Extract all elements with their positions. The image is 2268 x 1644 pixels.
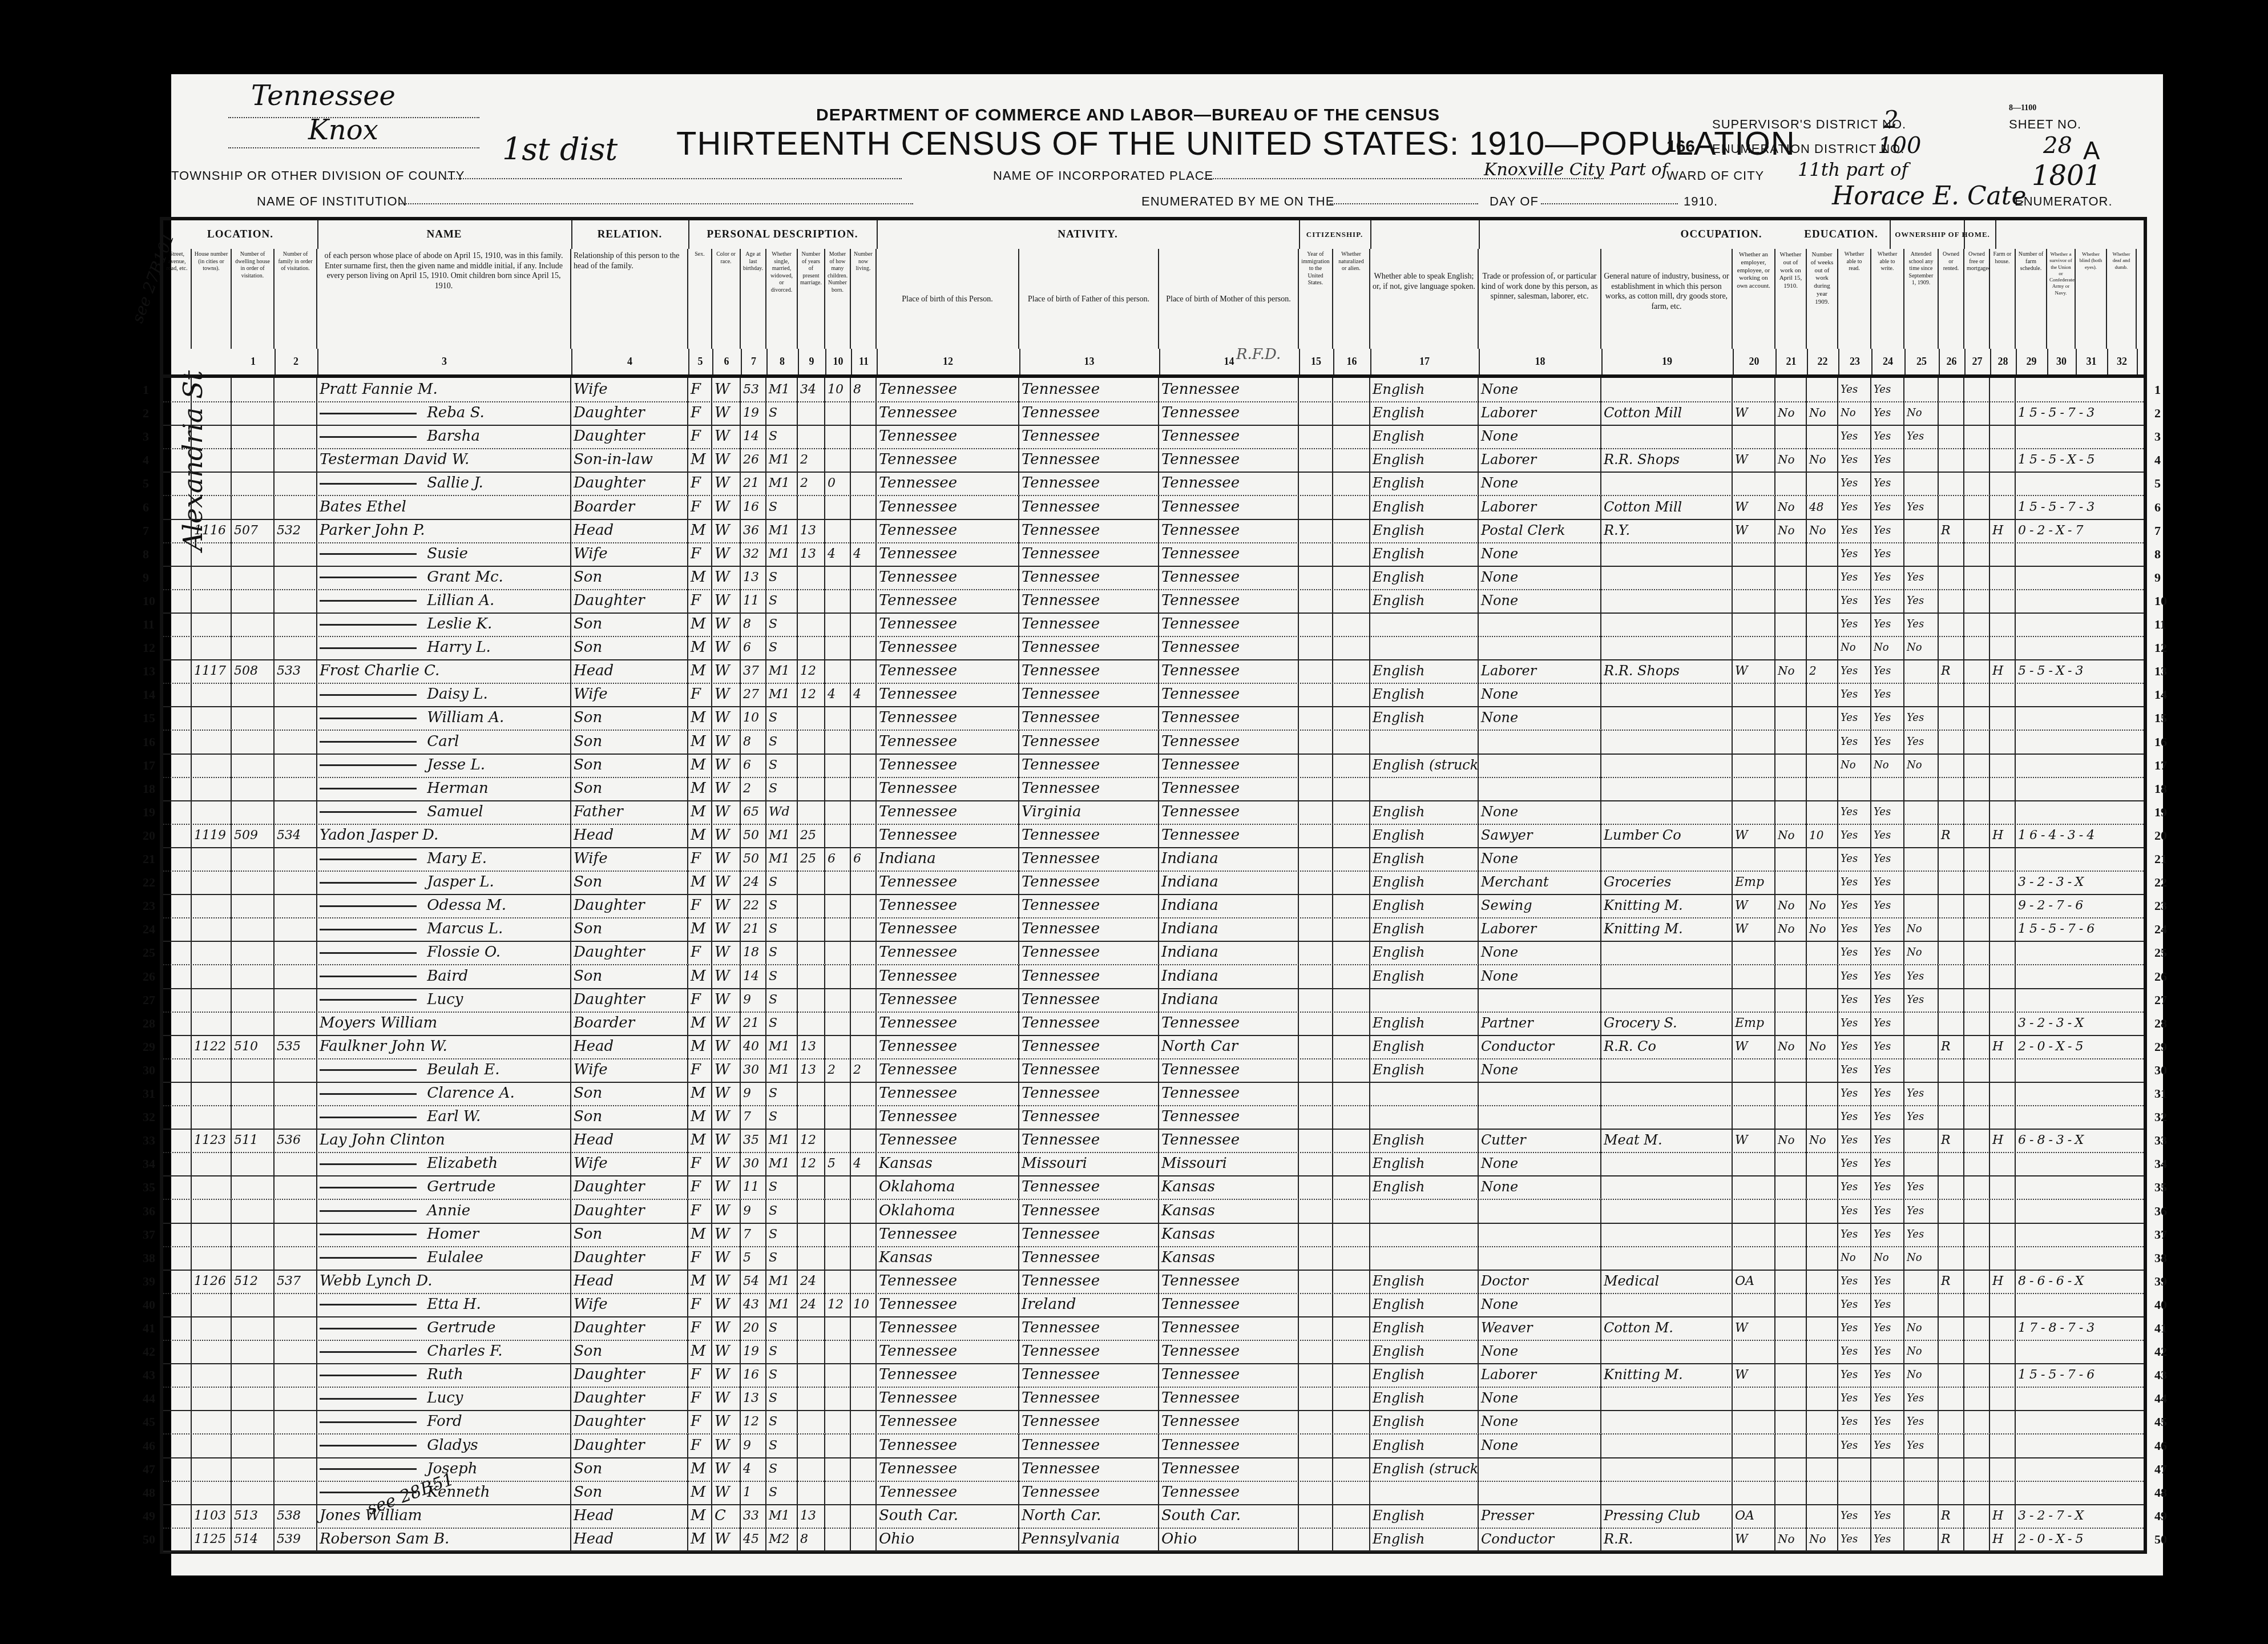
cell-name: Etta H. bbox=[317, 1293, 571, 1316]
cell-sex: F bbox=[688, 1293, 712, 1316]
cell-free-mortgaged bbox=[1964, 636, 1990, 659]
line-number-right: 46 bbox=[2154, 1438, 2167, 1453]
cell-years-married bbox=[798, 1082, 825, 1105]
cell-immigration bbox=[1299, 378, 1333, 401]
cell-children-born bbox=[825, 800, 851, 824]
colnum-8: 8 bbox=[766, 349, 799, 374]
cell-immigration bbox=[1299, 1316, 1333, 1340]
cell-birthplace: South Car. bbox=[877, 1504, 1019, 1528]
cell-farm-house bbox=[1990, 917, 2016, 941]
line-number-left: 22 bbox=[143, 875, 155, 890]
cell-age: 12 bbox=[741, 1410, 766, 1433]
cell-relation: Son bbox=[571, 1457, 688, 1481]
cell-years-married bbox=[798, 965, 825, 988]
given-name: Earl W. bbox=[427, 1108, 481, 1125]
cell-immigration bbox=[1299, 1363, 1333, 1387]
cell-age: 1 bbox=[741, 1481, 766, 1504]
line-number-left: 50 bbox=[143, 1532, 155, 1547]
given-name: John Clinton bbox=[352, 1131, 445, 1149]
col-children-living: Number now living. bbox=[851, 249, 877, 349]
cell-employer-status bbox=[1733, 613, 1775, 636]
colnum-15: 15 bbox=[1299, 349, 1334, 374]
cell-dwelling bbox=[232, 1410, 275, 1433]
cell-house-number: 1119 bbox=[192, 824, 232, 847]
cell-house-number bbox=[192, 636, 232, 659]
cell-free-mortgaged bbox=[1964, 1316, 1990, 1340]
cell-children-living bbox=[851, 1105, 877, 1129]
cell-immigration bbox=[1299, 753, 1333, 777]
cell-farm-house: H bbox=[1990, 1528, 2016, 1551]
cell-write: Yes bbox=[1871, 378, 1904, 401]
cell-out-of-work: No bbox=[1775, 894, 1807, 917]
cell-trade bbox=[1479, 730, 1601, 753]
cell-race: W bbox=[712, 636, 741, 659]
cell-trade: None bbox=[1479, 965, 1601, 988]
ward-value: 11th part of bbox=[1798, 159, 1908, 180]
cell-weeks-out bbox=[1807, 1199, 1838, 1223]
cell-free-mortgaged bbox=[1964, 1223, 1990, 1246]
cell-speaks-english: English bbox=[1370, 1270, 1479, 1293]
cell-years-married bbox=[798, 495, 825, 519]
cell-industry bbox=[1601, 988, 1733, 1012]
cell-name: Lucy bbox=[317, 1387, 571, 1410]
colnum-26: 26 bbox=[1939, 349, 1966, 374]
cell-age: 9 bbox=[741, 1434, 766, 1457]
cell-read: Yes bbox=[1838, 1082, 1871, 1105]
table-row: Gladys Daughter F W 9 S Tennessee Tennes… bbox=[163, 1434, 2144, 1458]
cell-children-born bbox=[825, 1457, 851, 1481]
cell-free-mortgaged bbox=[1964, 1270, 1990, 1293]
cell-street bbox=[163, 401, 192, 425]
cell-children-born bbox=[825, 1410, 851, 1433]
cell-read: No bbox=[1838, 1246, 1871, 1270]
line-number-left: 40 bbox=[143, 1298, 155, 1312]
cell-house-number bbox=[192, 941, 232, 964]
cell-mother-birthplace: Indiana bbox=[1159, 917, 1299, 941]
col14-annotation: R.F.D. bbox=[1236, 346, 1281, 363]
cell-relation: Son bbox=[571, 1340, 688, 1363]
col-free-mortgaged: Owned free or mortgaged. bbox=[1964, 249, 1990, 349]
cell-years-married bbox=[798, 1223, 825, 1246]
cell-school bbox=[1904, 519, 1939, 542]
cell-sex: M bbox=[688, 917, 712, 941]
cell-father-birthplace: Tennessee bbox=[1019, 941, 1159, 964]
cell-years-married bbox=[798, 1175, 825, 1199]
cell-school: Yes bbox=[1904, 425, 1939, 448]
cell-industry bbox=[1601, 777, 1733, 800]
cell-speaks-english bbox=[1370, 613, 1479, 636]
cell-write: Yes bbox=[1871, 1175, 1904, 1199]
cell-marital: M1 bbox=[766, 519, 798, 542]
cell-free-mortgaged bbox=[1964, 1129, 1990, 1152]
cell-dwelling bbox=[232, 847, 275, 871]
cell-name: Lay John Clinton bbox=[317, 1129, 571, 1152]
line-number-left: 25 bbox=[143, 945, 155, 960]
cell-naturalized bbox=[1333, 1434, 1370, 1457]
surname: Bates bbox=[320, 498, 362, 515]
cell-trade: None bbox=[1479, 1152, 1601, 1175]
cell-dwelling bbox=[232, 1199, 275, 1223]
cell-house-number: 1125 bbox=[192, 1528, 232, 1551]
cell-employer-status: W bbox=[1733, 1035, 1775, 1058]
ward-label: Ward of city bbox=[1666, 168, 1764, 183]
cell-house-number bbox=[192, 988, 232, 1012]
cell-owned-rented bbox=[1939, 378, 1964, 401]
cell-age: 21 bbox=[741, 917, 766, 941]
cell-trade bbox=[1479, 1481, 1601, 1504]
cell-free-mortgaged bbox=[1964, 378, 1990, 401]
cell-free-mortgaged bbox=[1964, 1246, 1990, 1270]
cell-weeks-out bbox=[1807, 566, 1838, 589]
cell-industry: Cotton Mill bbox=[1601, 495, 1733, 519]
line-number-left: 31 bbox=[143, 1086, 155, 1101]
cell-street bbox=[163, 988, 192, 1012]
cell-birthplace: Tennessee bbox=[877, 941, 1019, 964]
cell-naturalized bbox=[1333, 1481, 1370, 1504]
cell-family bbox=[275, 871, 317, 894]
cell-industry: Cotton Mill bbox=[1601, 401, 1733, 425]
cell-out-of-work bbox=[1775, 613, 1807, 636]
cell-children-born: 0 bbox=[825, 472, 851, 495]
line-number-right: 48 bbox=[2154, 1485, 2167, 1500]
cell-out-of-work bbox=[1775, 589, 1807, 613]
cell-write: Yes bbox=[1871, 519, 1904, 542]
cell-dwelling bbox=[232, 1105, 275, 1129]
cell-naturalized bbox=[1333, 894, 1370, 917]
cell-sex: M bbox=[688, 613, 712, 636]
cell-out-of-work bbox=[1775, 636, 1807, 659]
cell-immigration bbox=[1299, 1223, 1333, 1246]
cell-naturalized bbox=[1333, 1293, 1370, 1316]
cell-years-married bbox=[798, 894, 825, 917]
same-surname-dash bbox=[320, 1069, 417, 1071]
line-number-right: 3 bbox=[2154, 429, 2161, 444]
cell-mother-birthplace: Tennessee bbox=[1159, 495, 1299, 519]
cell-speaks-english: English bbox=[1370, 1528, 1479, 1551]
cell-dwelling bbox=[232, 1293, 275, 1316]
cell-house-number bbox=[192, 965, 232, 988]
cell-naturalized bbox=[1333, 425, 1370, 448]
cell-owned-rented: R bbox=[1939, 824, 1964, 847]
cell-family bbox=[275, 1082, 317, 1105]
line-number-left: 8 bbox=[143, 547, 149, 562]
cell-owned-rented: R bbox=[1939, 1129, 1964, 1152]
line-number-right: 32 bbox=[2154, 1110, 2167, 1125]
same-surname-dash bbox=[320, 600, 417, 602]
cell-street bbox=[163, 1012, 192, 1035]
cell-school bbox=[1904, 1293, 1939, 1316]
cell-school: No bbox=[1904, 1340, 1939, 1363]
cell-marital: S bbox=[766, 730, 798, 753]
cell-read bbox=[1838, 1457, 1871, 1481]
cell-father-birthplace: Tennessee bbox=[1019, 1410, 1159, 1433]
col-house-number: House number (in cities or towns). bbox=[192, 249, 232, 349]
cell-family bbox=[275, 589, 317, 613]
cell-years-married: 25 bbox=[798, 824, 825, 847]
cell-father-birthplace: Tennessee bbox=[1019, 1434, 1159, 1457]
cell-school bbox=[1904, 378, 1939, 401]
cell-immigration bbox=[1299, 1410, 1333, 1433]
cell-street bbox=[163, 636, 192, 659]
cell-immigration bbox=[1299, 1012, 1333, 1035]
cell-free-mortgaged bbox=[1964, 1152, 1990, 1175]
cell-free-mortgaged bbox=[1964, 871, 1990, 894]
cell-farm-house bbox=[1990, 566, 2016, 589]
cell-immigration bbox=[1299, 589, 1333, 613]
same-surname-dash bbox=[320, 741, 417, 743]
same-surname-dash bbox=[320, 718, 417, 719]
cell-read: Yes bbox=[1838, 1316, 1871, 1340]
cell-dwelling bbox=[232, 730, 275, 753]
given-name: John W. bbox=[391, 1038, 447, 1055]
line-number-right: 9 bbox=[2154, 570, 2161, 585]
cell-years-married bbox=[798, 1246, 825, 1270]
cell-weeks-out bbox=[1807, 1387, 1838, 1410]
cell-name: Yadon Jasper D. bbox=[317, 824, 571, 847]
given-name: Gertrude bbox=[427, 1319, 495, 1336]
cell-age: 16 bbox=[741, 1363, 766, 1387]
cell-years-married bbox=[798, 1105, 825, 1129]
cell-naturalized bbox=[1333, 448, 1370, 472]
cell-name: Gladys bbox=[317, 1434, 571, 1457]
cell-naturalized bbox=[1333, 613, 1370, 636]
cell-birthplace: Oklahoma bbox=[877, 1199, 1019, 1223]
cell-owned-rented bbox=[1939, 1175, 1964, 1199]
cell-name: Mary E. bbox=[317, 847, 571, 871]
line-number-right: 12 bbox=[2154, 640, 2167, 655]
cell-employer-status bbox=[1733, 1199, 1775, 1223]
cell-read: Yes bbox=[1838, 1175, 1871, 1199]
cell-children-born bbox=[825, 1035, 851, 1058]
cell-relation: Daughter bbox=[571, 1387, 688, 1410]
table-row: Leslie K. Son M W 8 S Tennessee Tennesse… bbox=[163, 613, 2144, 637]
cell-read: Yes bbox=[1838, 1363, 1871, 1387]
cell-dwelling bbox=[232, 777, 275, 800]
cell-immigration bbox=[1299, 800, 1333, 824]
colnum-2: 2 bbox=[275, 349, 318, 374]
cell-children-living bbox=[851, 636, 877, 659]
cell-name: Carl bbox=[317, 730, 571, 753]
cell-read: Yes bbox=[1838, 1528, 1871, 1551]
cell-school: Yes bbox=[1904, 495, 1939, 519]
cell-school: No bbox=[1904, 1246, 1939, 1270]
cell-dwelling bbox=[232, 495, 275, 519]
cell-mother-birthplace: Kansas bbox=[1159, 1175, 1299, 1199]
cell-code: 15-5-7-3 bbox=[2016, 495, 2137, 519]
cell-sex: M bbox=[688, 519, 712, 542]
cell-employer-status bbox=[1733, 1152, 1775, 1175]
cell-family bbox=[275, 1316, 317, 1340]
line-number-right: 29 bbox=[2154, 1039, 2167, 1054]
line-number-left: 35 bbox=[143, 1180, 155, 1195]
cell-street bbox=[163, 659, 192, 683]
cell-house-number bbox=[192, 871, 232, 894]
cell-speaks-english: English bbox=[1370, 871, 1479, 894]
colnum-20: 20 bbox=[1733, 349, 1777, 374]
cell-years-married bbox=[798, 988, 825, 1012]
group-citizenship: CITIZENSHIP. bbox=[1299, 220, 1371, 249]
same-surname-dash bbox=[320, 859, 417, 860]
cell-mother-birthplace: Tennessee bbox=[1159, 448, 1299, 472]
cell-father-birthplace: Tennessee bbox=[1019, 683, 1159, 706]
cell-industry: Knitting M. bbox=[1601, 1363, 1733, 1387]
cell-house-number bbox=[192, 1387, 232, 1410]
col-relation: Relationship of this person to the head … bbox=[571, 249, 688, 349]
cell-speaks-english: English bbox=[1370, 495, 1479, 519]
cell-dwelling bbox=[232, 378, 275, 401]
given-name: William bbox=[365, 1507, 422, 1524]
cell-farm-house bbox=[1990, 1152, 2016, 1175]
handwritten-number: 1801 bbox=[2032, 160, 2101, 192]
cell-race: W bbox=[712, 378, 741, 401]
cell-name: Daisy L. bbox=[317, 683, 571, 706]
cell-marital: M1 bbox=[766, 1504, 798, 1528]
table-row: Annie Daughter F W 9 S Oklahoma Tennesse… bbox=[163, 1199, 2144, 1224]
cell-write: Yes bbox=[1871, 1363, 1904, 1387]
cell-naturalized bbox=[1333, 1199, 1370, 1223]
cell-relation: Son bbox=[571, 1481, 688, 1504]
cell-sex: M bbox=[688, 1035, 712, 1058]
cell-sex: M bbox=[688, 965, 712, 988]
cell-marital: M1 bbox=[766, 824, 798, 847]
surname: Yadon bbox=[320, 827, 365, 844]
cell-dwelling bbox=[232, 800, 275, 824]
cell-sex: M bbox=[688, 1481, 712, 1504]
cell-birthplace: Tennessee bbox=[877, 965, 1019, 988]
cell-birthplace: Tennessee bbox=[877, 706, 1019, 730]
cell-dwelling bbox=[232, 1434, 275, 1457]
cell-mother-birthplace: Indiana bbox=[1159, 965, 1299, 988]
township-label: Township or other division of county bbox=[171, 168, 465, 183]
cell-family bbox=[275, 1340, 317, 1363]
cell-employer-status bbox=[1733, 706, 1775, 730]
cell-mother-birthplace: Tennessee bbox=[1159, 1293, 1299, 1316]
cell-street bbox=[163, 1223, 192, 1246]
cell-trade: None bbox=[1479, 1340, 1601, 1363]
cell-street bbox=[163, 1363, 192, 1387]
cell-house-number bbox=[192, 753, 232, 777]
cell-employer-status bbox=[1733, 1293, 1775, 1316]
cell-weeks-out bbox=[1807, 1293, 1838, 1316]
line-number-right: 47 bbox=[2154, 1462, 2167, 1477]
cell-birthplace: Tennessee bbox=[877, 894, 1019, 917]
cell-race: W bbox=[712, 1410, 741, 1433]
cell-code: 5-5-X-3 bbox=[2016, 659, 2137, 683]
cell-read: Yes bbox=[1838, 659, 1871, 683]
cell-birthplace: Tennessee bbox=[877, 495, 1019, 519]
cell-family: 535 bbox=[275, 1035, 317, 1058]
same-surname-dash bbox=[320, 1187, 417, 1188]
cell-years-married bbox=[798, 1199, 825, 1223]
cell-dwelling bbox=[232, 1481, 275, 1504]
cell-family bbox=[275, 917, 317, 941]
cell-name: Earl W. bbox=[317, 1105, 571, 1129]
group-education: EDUCATION. bbox=[1793, 220, 1891, 249]
cell-children-born bbox=[825, 425, 851, 448]
cell-school bbox=[1904, 1504, 1939, 1528]
cell-mother-birthplace: Tennessee bbox=[1159, 1481, 1299, 1504]
cell-relation: Daughter bbox=[571, 1434, 688, 1457]
cell-name: Marcus L. bbox=[317, 917, 571, 941]
cell-father-birthplace: Tennessee bbox=[1019, 519, 1159, 542]
cell-relation: Son bbox=[571, 965, 688, 988]
cell-children-living bbox=[851, 401, 877, 425]
cell-farm-house bbox=[1990, 1105, 2016, 1129]
cell-dwelling bbox=[232, 636, 275, 659]
surname: Webb bbox=[320, 1272, 361, 1290]
col-blind: Whether blind (both eyes). bbox=[2076, 249, 2107, 349]
cell-out-of-work bbox=[1775, 871, 1807, 894]
cell-dwelling bbox=[232, 589, 275, 613]
cell-naturalized bbox=[1333, 1410, 1370, 1433]
cell-read: Yes bbox=[1838, 472, 1871, 495]
line-number-right: 50 bbox=[2154, 1532, 2167, 1547]
line-number-right: 44 bbox=[2154, 1391, 2167, 1406]
table-row: Sallie J. Daughter F W 21 M1 2 0 Tenness… bbox=[163, 472, 2144, 496]
cell-industry bbox=[1601, 730, 1733, 753]
cell-owned-rented: R bbox=[1939, 659, 1964, 683]
cell-write: Yes bbox=[1871, 1199, 1904, 1223]
cell-weeks-out bbox=[1807, 777, 1838, 800]
cell-name: Homer bbox=[317, 1223, 571, 1246]
cell-code bbox=[2016, 753, 2137, 777]
cell-children-living bbox=[851, 1316, 877, 1340]
cell-speaks-english: English bbox=[1370, 378, 1479, 401]
cell-school bbox=[1904, 1129, 1939, 1152]
cell-trade bbox=[1479, 753, 1601, 777]
cell-race: W bbox=[712, 1363, 741, 1387]
cell-relation: Son-in-law bbox=[571, 448, 688, 472]
table-row: Baird Son M W 14 S Tennessee Tennessee I… bbox=[163, 965, 2144, 989]
cell-children-living bbox=[851, 800, 877, 824]
cell-owned-rented: R bbox=[1939, 1504, 1964, 1528]
cell-school: Yes bbox=[1904, 730, 1939, 753]
cell-sex: M bbox=[688, 706, 712, 730]
cell-employer-status: W bbox=[1733, 1363, 1775, 1387]
cell-industry bbox=[1601, 1434, 1733, 1457]
cell-father-birthplace: Pennsylvania bbox=[1019, 1528, 1159, 1551]
cell-sex: F bbox=[688, 1387, 712, 1410]
cell-dwelling bbox=[232, 425, 275, 448]
incorporated-place-line bbox=[1204, 178, 1604, 179]
cell-trade: Laborer bbox=[1479, 495, 1601, 519]
cell-speaks-english: English bbox=[1370, 683, 1479, 706]
cell-marital: M1 bbox=[766, 472, 798, 495]
cell-free-mortgaged bbox=[1964, 1012, 1990, 1035]
cell-children-born: 4 bbox=[825, 542, 851, 566]
cell-children-living bbox=[851, 706, 877, 730]
cell-relation: Daughter bbox=[571, 941, 688, 964]
cell-farm-house bbox=[1990, 1434, 2016, 1457]
cell-out-of-work: No bbox=[1775, 495, 1807, 519]
cell-birthplace: Tennessee bbox=[877, 1082, 1019, 1105]
cell-mother-birthplace: Tennessee bbox=[1159, 1363, 1299, 1387]
cell-farm-house bbox=[1990, 495, 2016, 519]
cell-children-living: 10 bbox=[851, 1293, 877, 1316]
cell-birthplace: Tennessee bbox=[877, 753, 1019, 777]
cell-immigration bbox=[1299, 965, 1333, 988]
line-number-right: 10 bbox=[2154, 594, 2167, 609]
cell-speaks-english bbox=[1370, 1246, 1479, 1270]
cell-children-living: 4 bbox=[851, 683, 877, 706]
col-weeks-out: Number of weeks out of work during year … bbox=[1807, 249, 1838, 349]
cell-name: Kenneth bbox=[317, 1481, 571, 1504]
cell-house-number bbox=[192, 706, 232, 730]
cell-race: W bbox=[712, 730, 741, 753]
col-race: Color or race. bbox=[712, 249, 741, 349]
cell-family bbox=[275, 495, 317, 519]
sheet-no-value: 28 bbox=[2043, 132, 2072, 159]
